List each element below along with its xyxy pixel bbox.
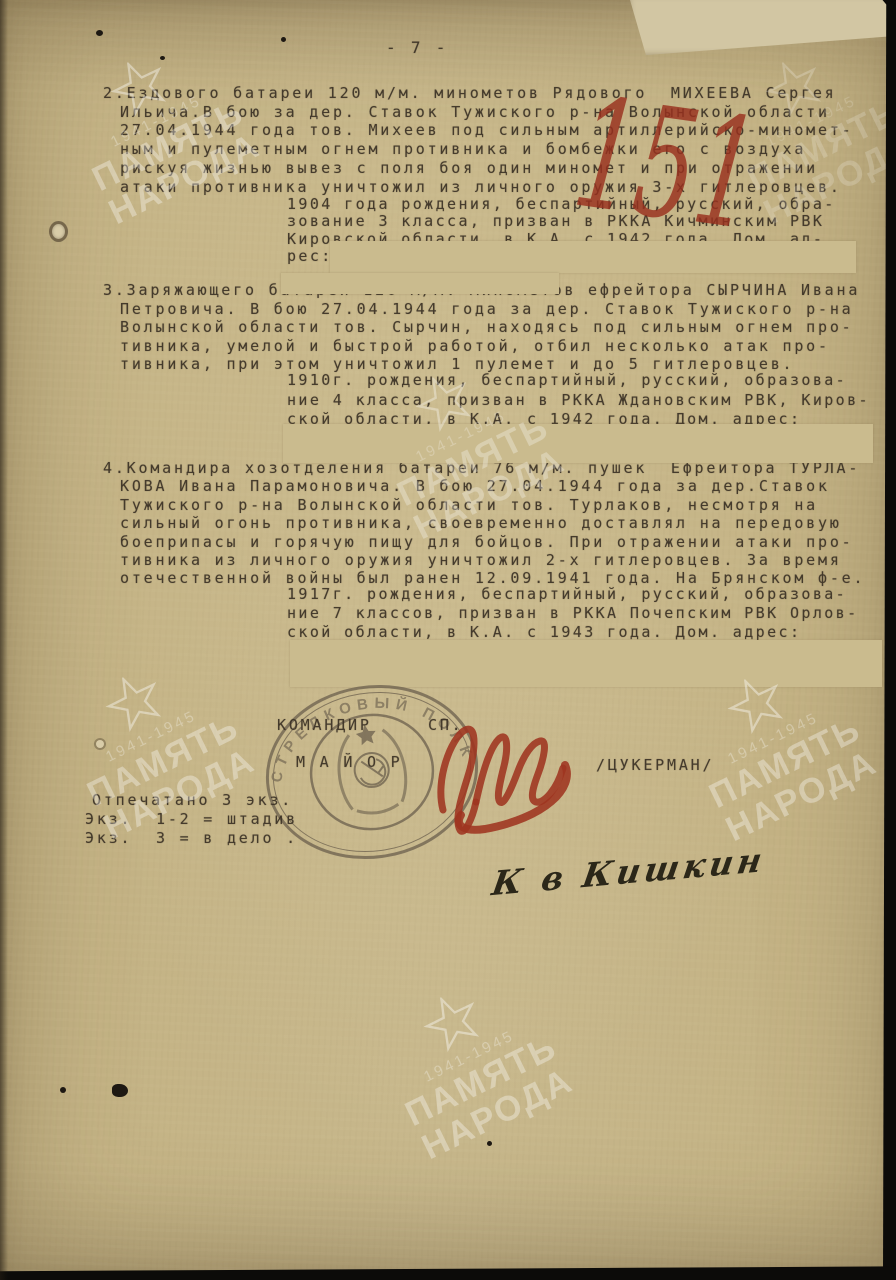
paper-speck	[487, 1141, 492, 1146]
watermark-line1: ПАМЯТЬ	[400, 1029, 563, 1133]
typed-line: тивника из личного оружия уничтожил 2-х …	[120, 551, 865, 569]
watermark-line2: НАРОДА	[721, 745, 883, 849]
typed-line: ние 4 класса, призван в РККА Ждановским …	[287, 391, 870, 411]
typed-line: 1910г. рождения, беспартийный, русский, …	[287, 371, 870, 391]
typed-line: Тужиского р-на Волынской области тов. Ту…	[120, 496, 865, 514]
scanned-document: - 7 - 2.Ездового батареи 120 м/м. миноме…	[0, 0, 896, 1280]
redaction-block	[283, 424, 873, 463]
scan-border-left-shadow	[0, 0, 8, 1280]
typed-line: тивника, умелой и быстрой работой, отбил…	[120, 337, 860, 356]
soviet-star-icon	[415, 985, 490, 1060]
typed-line: КОВА Ивана Парамоновича. В бою 27.04.194…	[120, 477, 865, 495]
watermark-line1: ПАМЯТЬ	[704, 711, 867, 815]
paper-hole	[96, 740, 104, 748]
ink-blot	[112, 1084, 128, 1097]
typed-line: Экз. 1-2 = штадив	[85, 810, 298, 829]
rank-label: М А Й О Р	[296, 753, 402, 771]
paper-speck	[281, 37, 286, 42]
typed-line: зование 3 класса, призван в РККА Кичминс…	[287, 213, 836, 230]
watermark-years: 1941-1945	[103, 707, 199, 766]
redaction-block	[330, 241, 856, 273]
watermark-years: 1941-1945	[421, 1027, 517, 1086]
typed-line: 1917г. рождения, беспартийный, русский, …	[287, 585, 859, 604]
commander-signature-red	[423, 710, 588, 845]
paper-speck	[60, 1087, 66, 1093]
typed-line: Петровича. В бою 27.04.1944 года за дер.…	[120, 300, 860, 319]
copies-block: Отпечатано 3 экз.Экз. 1-2 = штадивЭкз. 3…	[85, 791, 298, 848]
award-entry-3: 3.Заряжающего батареи 120 м/м. минометов…	[103, 281, 860, 374]
award-entry-4: 4.Командира хозотделения батареи 76 м/м.…	[103, 459, 865, 588]
watermark-years: 1941-1945	[725, 709, 821, 768]
redaction-block	[281, 273, 559, 294]
typed-line: боеприпасы и горячую пищу для бойцов. Пр…	[120, 533, 865, 551]
underlying-sheet-edge	[630, 0, 896, 58]
watermark-line2: НАРОДА	[417, 1063, 579, 1167]
typed-line: ние 7 классов, призван в РККА Почепским …	[287, 604, 859, 623]
document-page: - 7 - 2.Ездового батареи 120 м/м. миноме…	[0, 0, 896, 1280]
typed-line: сильный огонь противника, своевременно д…	[120, 514, 865, 532]
soviet-star-icon	[97, 665, 172, 740]
typed-line: Экз. 3 = в дело .	[85, 829, 298, 848]
watermark: 1941-1945 ПАМЯТЬ НАРОДА	[346, 951, 600, 1176]
award-entry-3-bio: 1910г. рождения, беспартийный, русский, …	[287, 371, 870, 430]
typed-line: 1904 года рождения, беспартийный, русски…	[287, 196, 836, 213]
award-entry-4-bio: 1917г. рождения, беспартийный, русский, …	[287, 585, 859, 642]
commander-label: КОМАНДИР	[277, 716, 372, 734]
typed-line: Отпечатано 3 экз.	[92, 791, 298, 810]
paper-speck	[160, 56, 165, 60]
page-number: - 7 -	[386, 38, 448, 57]
typed-line: Волынской области тов. Сырчин, находясь …	[120, 318, 860, 337]
typed-surname: /ЦУКЕРМАН/	[596, 756, 714, 774]
paper-speck	[96, 30, 103, 36]
handwritten-signature: К в Кишкин	[489, 840, 768, 904]
red-page-mark: 151	[567, 78, 766, 252]
paper-hole	[52, 224, 65, 239]
